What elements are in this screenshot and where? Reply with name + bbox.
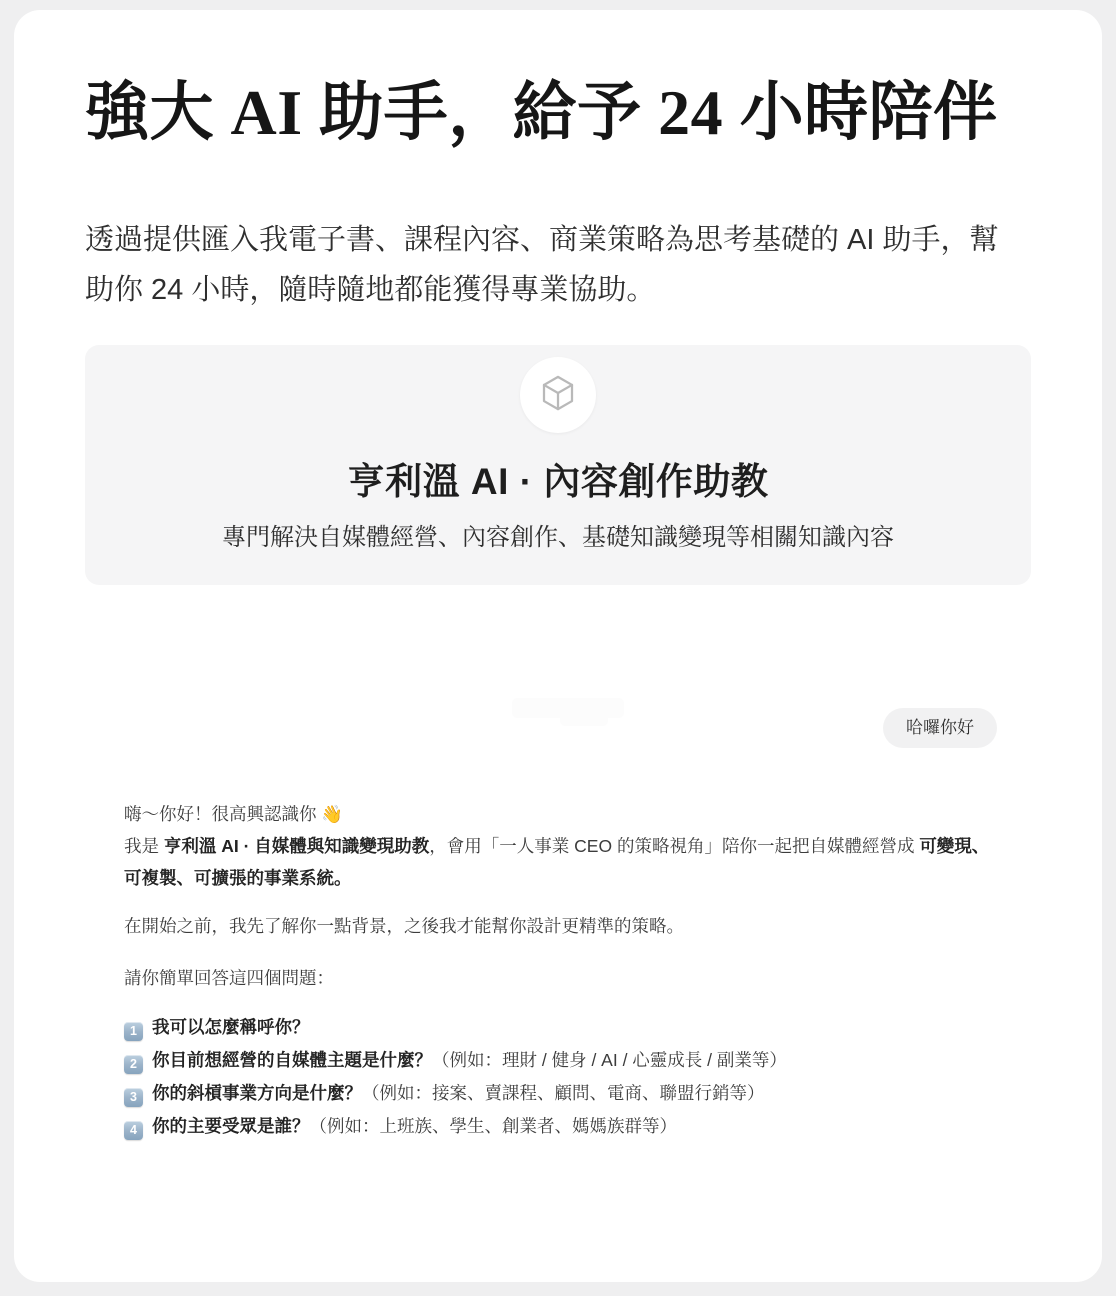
user-chat-bubble: 哈囉你好	[883, 708, 997, 748]
cube-icon	[537, 372, 579, 419]
context-line: 在開始之前，我先了解你一點背景，之後我才能幫你設計更精準的策略。	[124, 910, 990, 942]
assistant-chat-message: 嗨～你好！很高興認識你 👋 我是 亨利溫 AI · 自媒體與知識變現助教，會用「…	[124, 798, 990, 1143]
keycap-3-icon: 3	[124, 1088, 143, 1107]
assistant-name: 亨利溫 AI · 內容創作助教	[85, 451, 1031, 505]
intro-middle: ，會用「一人事業 CEO 的策略視角」陪你一起把自媒體經營成	[429, 836, 919, 856]
user-message-text: 哈囉你好	[906, 718, 974, 737]
question-item: 4你的主要受眾是誰？（例如：上班族、學生、創業者、媽媽族群等）	[124, 1110, 990, 1143]
question-item: 1我可以怎麼稱呼你？	[124, 1011, 990, 1044]
questions-lead: 請你簡單回答這四個問題：	[124, 962, 990, 994]
question-list: 1我可以怎麼稱呼你？ 2你目前想經營的自媒體主題是什麼？（例如：理財 / 健身 …	[124, 1011, 990, 1143]
assistant-subtitle: 專門解決自媒體經營、內容創作、基礎知識變現等相關知識內容	[85, 517, 1031, 552]
assistant-role-name: 亨利溫 AI · 自媒體與知識變現助教	[164, 836, 429, 856]
question-text: 你的斜槓事業方向是什麼？	[152, 1083, 362, 1103]
faded-artifact	[560, 714, 608, 726]
content-card: 強大 AI 助手，給予 24 小時陪伴 透過提供匯入我電子書、課程內容、商業策略…	[14, 10, 1102, 1282]
keycap-1-icon: 1	[124, 1022, 143, 1041]
page-title: 強大 AI 助手，給予 24 小時陪伴	[85, 68, 1045, 158]
question-item: 2你目前想經營的自媒體主題是什麼？（例如：理財 / 健身 / AI / 心靈成長…	[124, 1044, 990, 1077]
assistant-avatar	[520, 357, 596, 433]
question-example: （例如：理財 / 健身 / AI / 心靈成長 / 副業等）	[432, 1050, 787, 1070]
question-text: 你的主要受眾是誰？	[152, 1116, 310, 1136]
greeting-text: 嗨～你好！很高興認識你 👋	[124, 804, 343, 824]
question-text: 我可以怎麼稱呼你？	[152, 1017, 310, 1037]
assistant-info-panel: 亨利溫 AI · 內容創作助教 專門解決自媒體經營、內容創作、基礎知識變現等相關…	[85, 345, 1031, 585]
question-item: 3你的斜槓事業方向是什麼？（例如：接案、賣課程、顧問、電商、聯盟行銷等）	[124, 1077, 990, 1110]
question-example: （例如：上班族、學生、創業者、媽媽族群等）	[310, 1116, 678, 1136]
question-example: （例如：接案、賣課程、顧問、電商、聯盟行銷等）	[362, 1083, 765, 1103]
question-text: 你目前想經營的自媒體主題是什麼？	[152, 1050, 432, 1070]
keycap-4-icon: 4	[124, 1121, 143, 1140]
intro-prefix: 我是	[124, 836, 164, 856]
page-description: 透過提供匯入我電子書、課程內容、商業策略為思考基礎的 AI 助手，幫助你 24 …	[85, 215, 1015, 315]
keycap-2-icon: 2	[124, 1055, 143, 1074]
assistant-greeting-line: 嗨～你好！很高興認識你 👋 我是 亨利溫 AI · 自媒體與知識變現助教，會用「…	[124, 798, 990, 894]
